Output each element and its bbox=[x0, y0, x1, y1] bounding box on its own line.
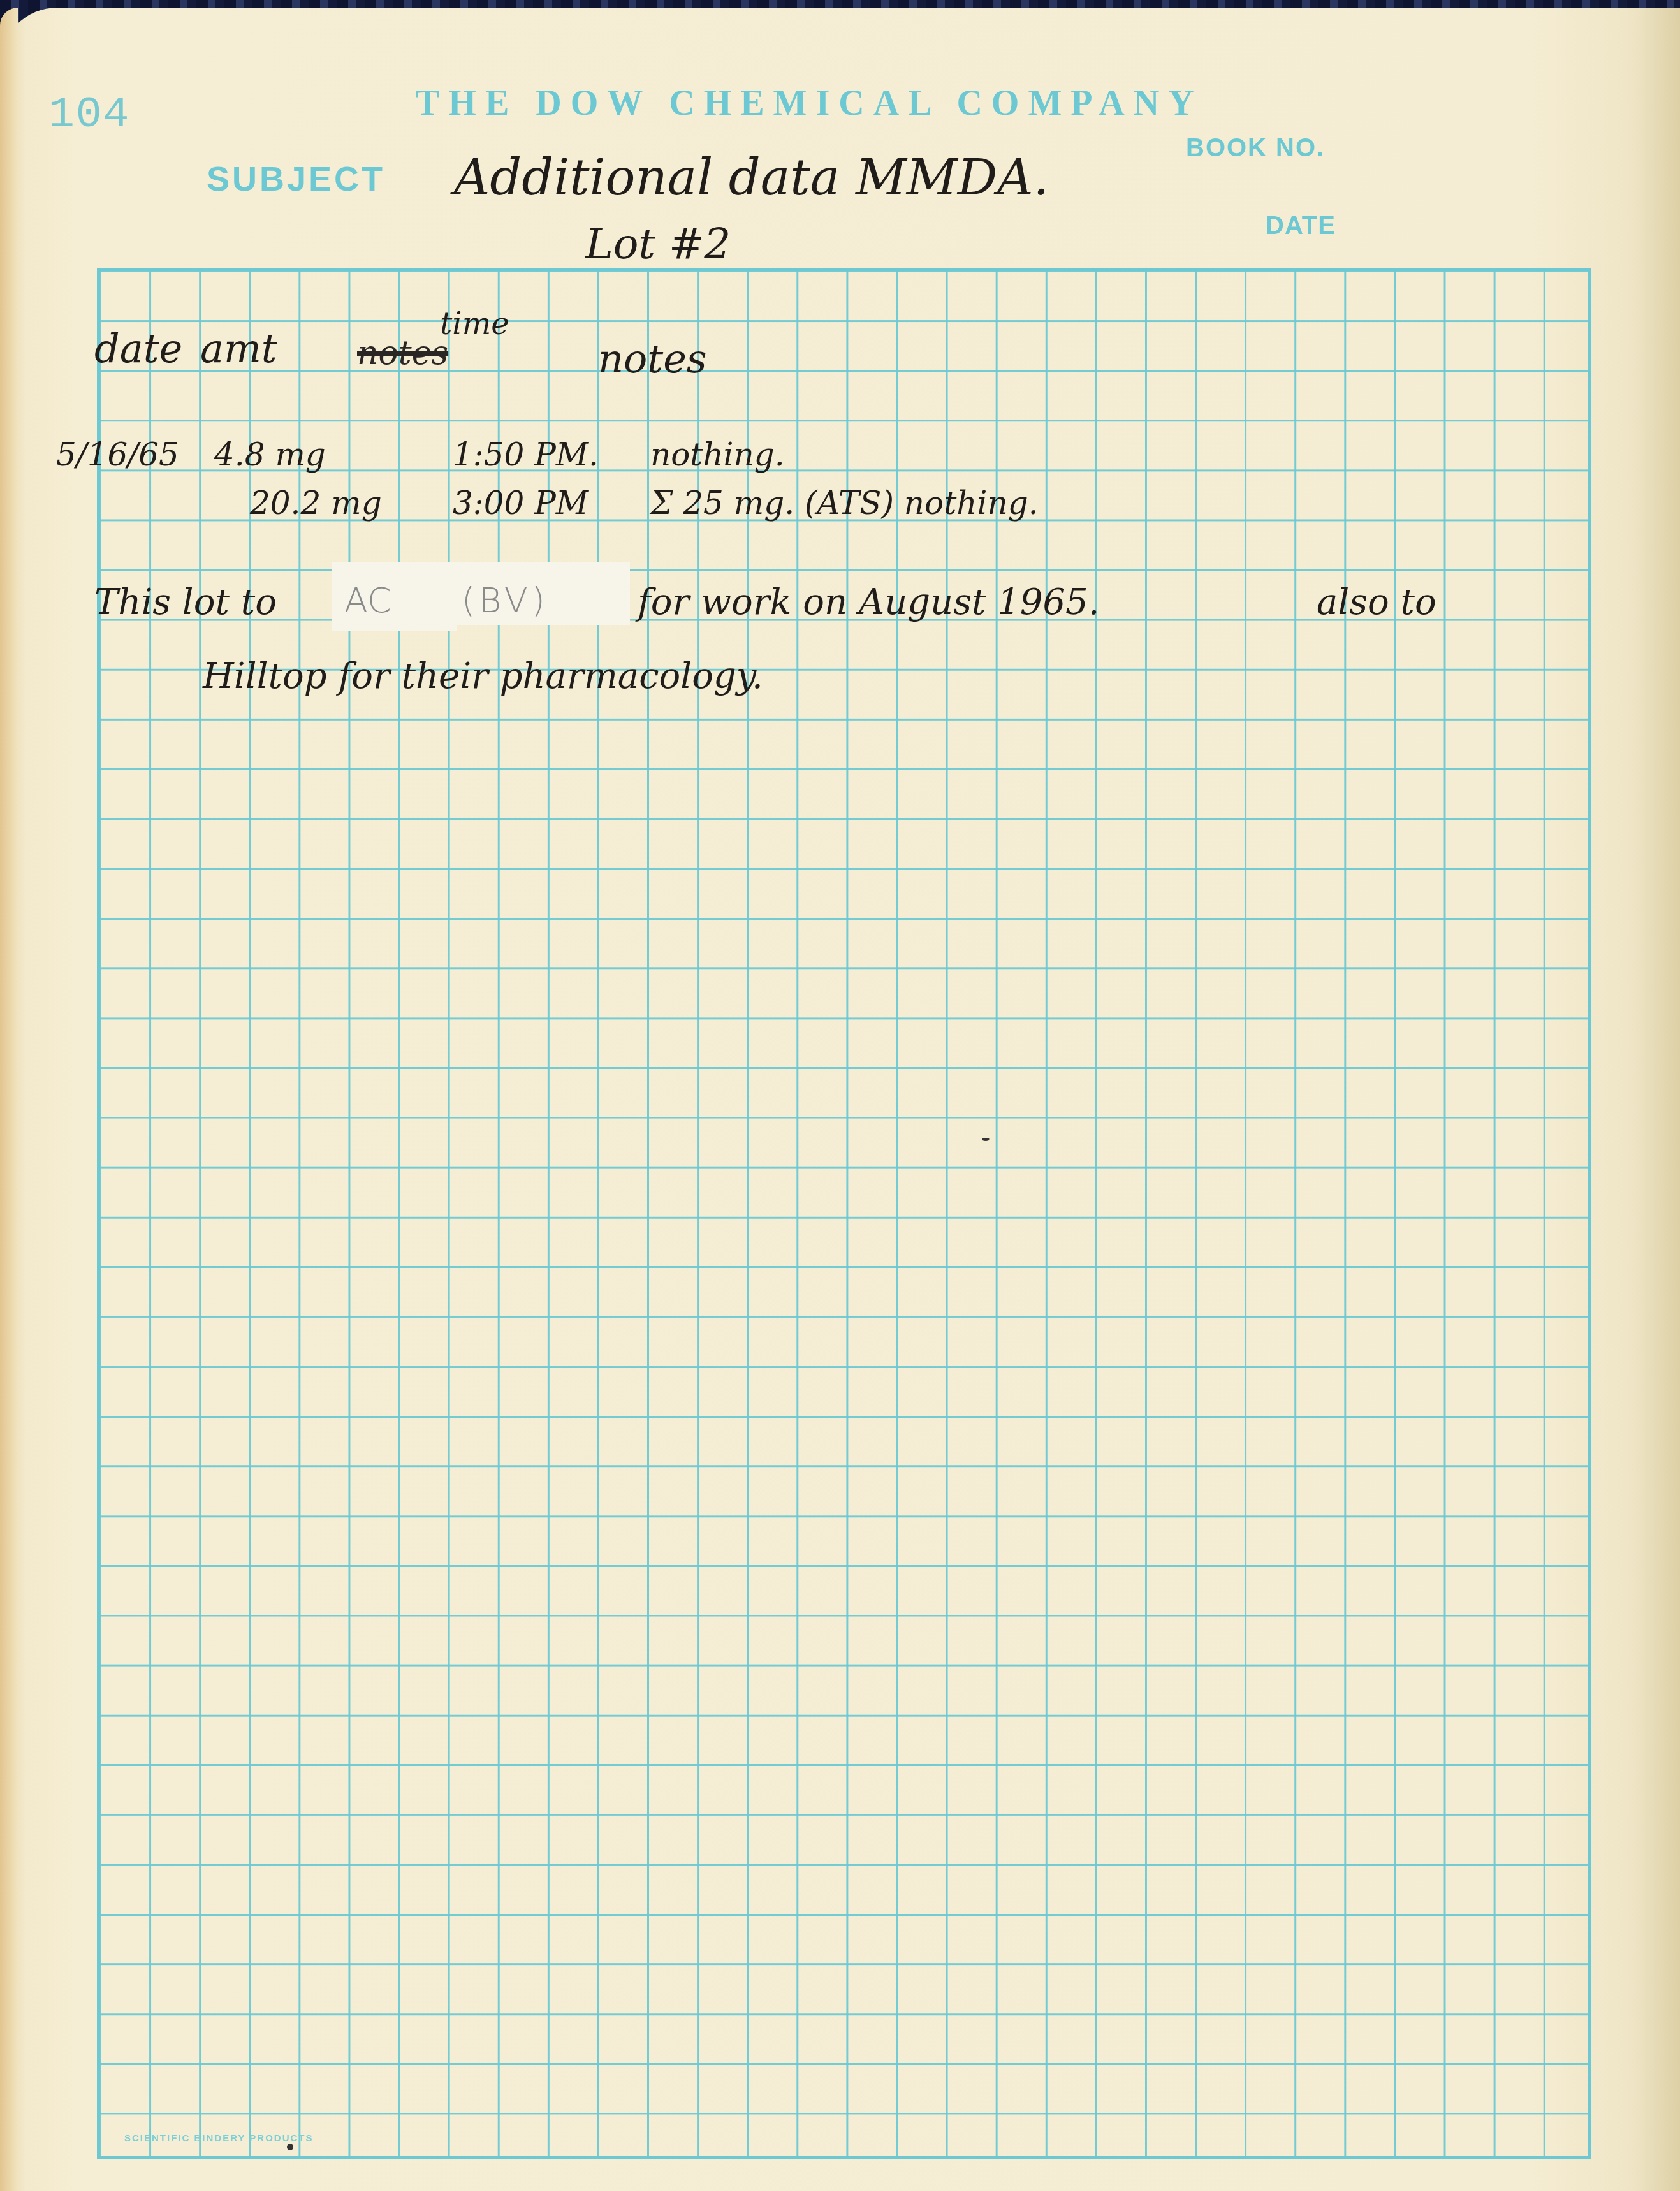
entry-amount: 4.8 mg bbox=[214, 436, 326, 473]
notebook-page: 104 THE DOW CHEMICAL COMPANY SUBJECT BOO… bbox=[0, 8, 1680, 2191]
redacted-initials: AC bbox=[344, 580, 391, 620]
bindery-imprint: SCIENTIFIC BINDERY PRODUCTS bbox=[124, 2133, 314, 2144]
remark-line1-end: for work on August 1965. bbox=[638, 582, 1100, 623]
book-number-label: BOOK NO. bbox=[1186, 134, 1325, 163]
column-header-date: date bbox=[94, 325, 182, 372]
subject-handwritten: Additional data MMDA. bbox=[454, 149, 1049, 207]
remark-line2: Hilltop for their pharmacology. bbox=[203, 656, 763, 697]
entry-amount: 20.2 mg bbox=[250, 485, 382, 522]
column-header-amount: amt bbox=[200, 325, 277, 372]
column-header-time: time bbox=[440, 306, 509, 342]
entry-time: 3:00 PM bbox=[453, 485, 588, 522]
page-number: 104 bbox=[48, 91, 130, 140]
column-header-notes: notes bbox=[598, 335, 707, 382]
entry-notes: Σ 25 mg. (ATS) nothing. bbox=[650, 485, 1039, 522]
lot-number: Lot #2 bbox=[585, 219, 731, 268]
graph-paper-grid bbox=[97, 268, 1591, 2159]
remark-line1-tail: also to bbox=[1317, 582, 1436, 623]
date-label: DATE bbox=[1266, 212, 1336, 240]
ink-speck bbox=[287, 2144, 293, 2150]
remark-line1-start: This lot to bbox=[94, 582, 277, 623]
redacted-initials: (BV) bbox=[462, 580, 549, 620]
ink-speck bbox=[982, 1138, 990, 1141]
entry-notes: nothing. bbox=[650, 436, 785, 473]
subject-label: SUBJECT bbox=[207, 159, 385, 199]
struck-out-word: notes bbox=[357, 334, 448, 372]
company-header: THE DOW CHEMICAL COMPANY bbox=[416, 83, 1203, 124]
entry-time: 1:50 PM. bbox=[453, 436, 599, 473]
entry-date: 5/16/65 bbox=[56, 436, 179, 473]
